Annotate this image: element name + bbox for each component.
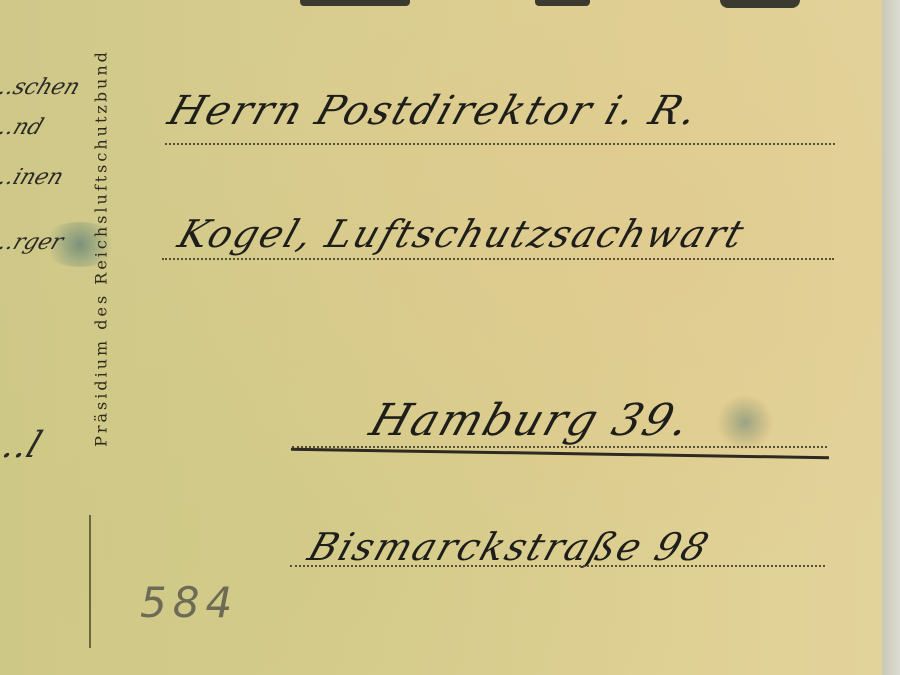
top-edge-mark <box>300 0 410 6</box>
top-edge-mark <box>535 0 590 6</box>
divider-line <box>89 515 91 648</box>
address-line-2: Kogel, Luftschutzsachwart <box>173 212 751 256</box>
address-street: Bismarckstraße 98 <box>303 525 716 569</box>
dotted-rule <box>290 565 825 567</box>
postcard: …schen …nd …inen …rger …l Präsidium des … <box>0 0 882 675</box>
dotted-rule <box>162 258 834 260</box>
dotted-rule <box>292 446 827 448</box>
dotted-rule <box>165 143 835 145</box>
left-fragment-text: …l <box>0 425 47 466</box>
pencil-catalog-number: 584 <box>140 578 238 627</box>
postmark-fragment <box>720 0 800 8</box>
left-fragment-text: …schen <box>0 75 84 100</box>
address-line-1: Herrn Postdirektor i. R. <box>163 88 706 134</box>
left-fragment-text: …inen <box>0 165 67 190</box>
printed-sender-label: Präsidium des Reichsluftschutzbund <box>92 49 111 447</box>
background-edge <box>882 0 900 675</box>
left-fragment-text: …rger <box>0 230 67 255</box>
ink-stain <box>715 395 775 450</box>
left-fragment-text: …nd <box>0 115 47 140</box>
address-city: Hamburg 39. <box>364 395 699 446</box>
